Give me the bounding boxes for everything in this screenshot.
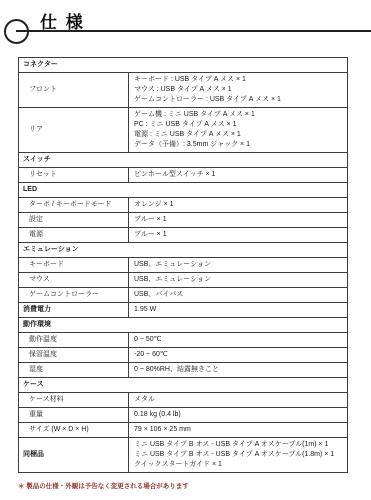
spec-table: コネクター フロント キーボード : USB タイプ A メス × 1 マウス … [18,57,348,473]
value-line: 0 ~ 80%RH、結露無きこと [134,365,342,375]
value-line: オレンジ × 1 [134,200,342,210]
row-power-consumption: 消費電力 1.95 W [19,302,347,317]
row-label: 重量 [19,408,129,422]
row-reset: リセット ピンホール型スイッチ × 1 [19,167,347,182]
page-title: 仕 様 [40,8,85,33]
row-label: 動作温度 [19,333,129,347]
row-label: 保管温度 [19,348,129,362]
value-line: キーボード : USB タイプ A メス × 1 [134,75,342,85]
section-switch: スイッチ [19,152,347,167]
value-line: ミニ USB タイプ B オス - USB タイプ A オスケーブル(1.8m)… [134,450,342,460]
value-line: 1.95 W [134,305,342,315]
row-label: 湿度 [19,363,129,377]
row-mouse-emulation: マウス USB、エミュレーション [19,272,347,287]
row-value: USB、バイパス [129,288,347,302]
row-case-material: ケース材料 メタル [19,392,347,407]
section-emulation: エミュレーション [19,242,347,257]
row-label: ターボ / キーボードモード [19,198,129,212]
row-label: 消費電力 [19,303,129,317]
row-value: オレンジ × 1 [129,198,347,212]
row-gamecontroller-emulation: ゲームコントローラー USB、バイパス [19,287,347,302]
row-label: サイズ (W × D × H) [19,423,129,437]
section-operating-environment: 動作環境 [19,317,347,332]
section-led: LED [19,182,347,197]
row-label: キーボード [19,258,129,272]
row-value: USB、エミュレーション [129,258,347,272]
value-line: ピンホール型スイッチ × 1 [134,170,342,180]
row-value: 1.95 W [129,303,347,317]
row-value: ブルー × 1 [129,213,347,227]
value-line: 0 ~ 50℃ [134,335,342,345]
row-weight: 重量 0.18 kg (0.4 lb) [19,407,347,422]
row-value: ミニ USB タイプ B オス - USB タイプ A オスケーブル(1m) ×… [129,438,347,472]
value-line: USB、エミュレーション [134,260,342,270]
row-value: USB、エミュレーション [129,273,347,287]
row-setting-led: 設定 ブルー × 1 [19,212,347,227]
value-line: PC : ミニ USB タイプ A メス × 1 [134,120,342,130]
row-value: キーボード : USB タイプ A メス × 1 マウス : USB タイプ A… [129,73,347,107]
row-label: フロント [19,73,129,107]
value-line: 0.18 kg (0.4 lb) [134,410,342,420]
spec-sheet-page: 仕 様 コネクター フロント キーボード : USB タイプ A メス × 1 … [0,0,371,500]
row-label: リセット [19,168,129,182]
row-value: 79 × 106 × 25 mm [129,423,347,437]
row-value: ブルー × 1 [129,228,347,242]
row-operating-temp: 動作温度 0 ~ 50℃ [19,332,347,347]
value-line: ゲーム機 : ミニ USB タイプ A メス × 1 [134,110,342,120]
row-keyboard-emulation: キーボード USB、エミュレーション [19,257,347,272]
value-line: データ（予備）: 3.5mm ジャック × 1 [134,140,342,150]
value-line: 79 × 106 × 25 mm [134,425,342,435]
value-line: USB、バイパス [134,290,342,300]
section-connectors: コネクター [19,58,347,72]
row-included-items: 同梱品 ミニ USB タイプ B オス - USB タイプ A オスケーブル(1… [19,437,347,472]
section-case: ケース [19,377,347,392]
row-value: -20 ~ 60℃ [129,348,347,362]
row-label: 同梱品 [19,438,129,472]
row-turbo-keyboard-mode: ターボ / キーボードモード オレンジ × 1 [19,197,347,212]
value-line: ゲームコントローラー : USB タイプ A メス × 1 [134,95,342,105]
row-rear: リア ゲーム機 : ミニ USB タイプ A メス × 1 PC : ミニ US… [19,107,347,152]
row-humidity: 湿度 0 ~ 80%RH、結露無きこと [19,362,347,377]
value-line: ブルー × 1 [134,230,342,240]
row-value: 0 ~ 50℃ [129,333,347,347]
value-line: 電源 : ミニ USB タイプ A メス × 1 [134,130,342,140]
row-label: 電源 [19,228,129,242]
value-line: クイックスタートガイド × 1 [134,460,342,470]
row-size: サイズ (W × D × H) 79 × 106 × 25 mm [19,422,347,437]
value-line: ミニ USB タイプ B オス - USB タイプ A オスケーブル(1m) ×… [134,440,342,450]
row-storage-temp: 保管温度 -20 ~ 60℃ [19,347,347,362]
row-value: 0 ~ 80%RH、結露無きこと [129,363,347,377]
value-line: メタル [134,395,342,405]
row-value: 0.18 kg (0.4 lb) [129,408,347,422]
value-line: USB、エミュレーション [134,275,342,285]
disclaimer-footnote: ＊ 製品の仕様・外観は予告なく変更される場合があります [18,481,189,490]
row-label: ケース材料 [19,393,129,407]
row-label: マウス [19,273,129,287]
row-label: リア [19,108,129,152]
row-label: ゲームコントローラー [19,288,129,302]
row-label: 設定 [19,213,129,227]
value-line: ブルー × 1 [134,215,342,225]
value-line: マウス : USB タイプ A メス × 1 [134,85,342,95]
row-power-led: 電源 ブルー × 1 [19,227,347,242]
row-front: フロント キーボード : USB タイプ A メス × 1 マウス : USB … [19,72,347,107]
row-value: メタル [129,393,347,407]
row-value: ピンホール型スイッチ × 1 [129,168,347,182]
value-line: -20 ~ 60℃ [134,350,342,360]
row-value: ゲーム機 : ミニ USB タイプ A メス × 1 PC : ミニ USB タ… [129,108,347,152]
